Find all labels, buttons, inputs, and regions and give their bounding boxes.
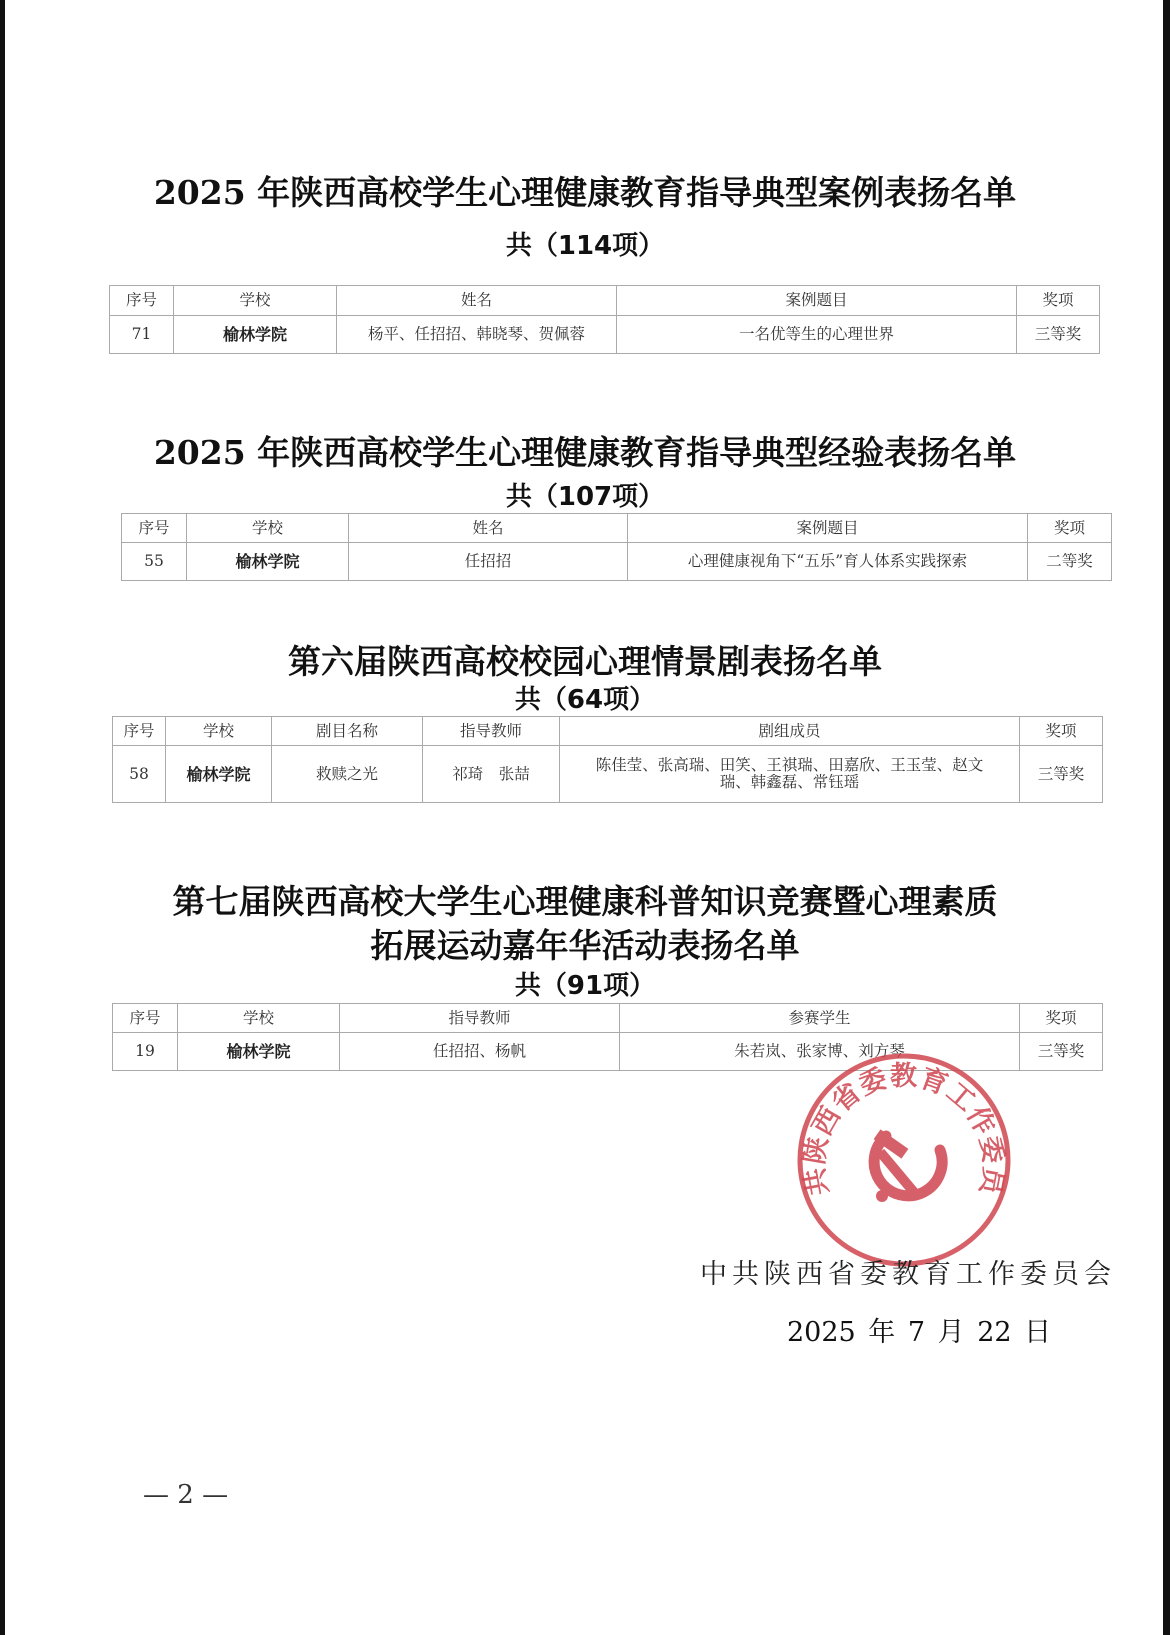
- cell-index: 55: [122, 543, 187, 581]
- cell-award: 三等奖: [1020, 1033, 1103, 1071]
- table-header-row: 序号 学校 指导教师 参赛学生 奖项: [113, 1004, 1103, 1033]
- header-cell: 学校: [166, 717, 272, 746]
- section-4-count: 共（91项）: [0, 965, 1170, 1002]
- cell-case-title: 一名优等生的心理世界: [617, 316, 1017, 354]
- cell-award: 二等奖: [1028, 543, 1112, 581]
- table-header-row: 序号 学校 姓名 案例题目 奖项: [110, 286, 1100, 316]
- cell-play-name: 救赎之光: [272, 746, 423, 803]
- header-cell: 指导教师: [340, 1004, 620, 1033]
- official-seal: 中共陕西省委教育工作委员会: [794, 1050, 1014, 1270]
- cell-school: 榆林学院: [174, 316, 337, 354]
- cell-index: 19: [113, 1033, 178, 1071]
- section-2-count: 共（107项）: [0, 476, 1170, 513]
- header-cell: 指导教师: [423, 717, 560, 746]
- header-cell: 奖项: [1017, 286, 1100, 316]
- table-row: 58 榆林学院 救赎之光 祁琦 张喆 陈佳莹、张高瑞、田笑、王祺瑞、田嘉欣、王玉…: [113, 746, 1103, 803]
- header-cell: 奖项: [1028, 514, 1112, 543]
- cell-cast-members: 陈佳莹、张高瑞、田笑、王祺瑞、田嘉欣、王玉莹、赵文瑞、韩鑫磊、常钰瑶: [560, 746, 1020, 803]
- section-4-title-line-2: 拓展运动嘉年华活动表扬名单: [0, 920, 1170, 967]
- cell-names: 杨平、任招招、韩晓琴、贺佩蓉: [337, 316, 617, 354]
- header-cell: 剧目名称: [272, 717, 423, 746]
- header-cell: 案例题目: [617, 286, 1017, 316]
- header-cell: 序号: [113, 717, 166, 746]
- section-3-count: 共（64项）: [0, 679, 1170, 716]
- section-3-table: 序号 学校 剧目名称 指导教师 剧组成员 奖项 58 榆林学院 救赎之光 祁琦 …: [112, 716, 1103, 803]
- header-cell: 姓名: [337, 286, 617, 316]
- table-row: 55 榆林学院 任招招 心理健康视角下“五乐”育人体系实践探索 二等奖: [122, 543, 1112, 581]
- header-cell: 奖项: [1020, 1004, 1103, 1033]
- cell-school: 榆林学院: [166, 746, 272, 803]
- header-cell: 参赛学生: [620, 1004, 1020, 1033]
- cell-school: 榆林学院: [187, 543, 349, 581]
- cell-award: 三等奖: [1017, 316, 1100, 354]
- signing-organization: 中共陕西省委教育工作委员会: [700, 1252, 1116, 1291]
- cell-instructors: 祁琦 张喆: [423, 746, 560, 803]
- header-cell: 剧组成员: [560, 717, 1020, 746]
- header-cell: 序号: [113, 1004, 178, 1033]
- page-number: — 2 —: [143, 1480, 228, 1510]
- header-cell: 序号: [110, 286, 174, 316]
- header-cell: 奖项: [1020, 717, 1103, 746]
- section-2-title: 2025 年陕西高校学生心理健康教育指导典型经验表扬名单: [0, 427, 1170, 474]
- cell-names: 任招招: [349, 543, 628, 581]
- section-2-table: 序号 学校 姓名 案例题目 奖项 55 榆林学院 任招招 心理健康视角下“五乐”…: [121, 513, 1112, 581]
- section-1-table: 序号 学校 姓名 案例题目 奖项 71 榆林学院 杨平、任招招、韩晓琴、贺佩蓉 …: [109, 285, 1100, 354]
- table-header-row: 序号 学校 剧目名称 指导教师 剧组成员 奖项: [113, 717, 1103, 746]
- header-cell: 学校: [178, 1004, 340, 1033]
- cell-school: 榆林学院: [178, 1033, 340, 1071]
- section-1-count: 共（114项）: [0, 225, 1170, 262]
- header-cell: 姓名: [349, 514, 628, 543]
- table-header-row: 序号 学校 姓名 案例题目 奖项: [122, 514, 1112, 543]
- cell-index: 71: [110, 316, 174, 354]
- signing-date: 2025 年 7 月 22 日: [787, 1310, 1051, 1349]
- header-cell: 学校: [187, 514, 349, 543]
- cell-instructors: 任招招、杨帆: [340, 1033, 620, 1071]
- table-row: 71 榆林学院 杨平、任招招、韩晓琴、贺佩蓉 一名优等生的心理世界 三等奖: [110, 316, 1100, 354]
- cell-case-title: 心理健康视角下“五乐”育人体系实践探索: [628, 543, 1028, 581]
- header-cell: 学校: [174, 286, 337, 316]
- section-1-title: 2025 年陕西高校学生心理健康教育指导典型案例表扬名单: [0, 167, 1170, 214]
- section-3-title: 第六届陕西高校校园心理情景剧表扬名单: [0, 636, 1170, 683]
- header-cell: 序号: [122, 514, 187, 543]
- section-4-title-line-1: 第七届陕西高校大学生心理健康科普知识竞赛暨心理素质: [0, 876, 1170, 923]
- hammer-and-sickle-icon: [874, 1129, 942, 1202]
- header-cell: 案例题目: [628, 514, 1028, 543]
- cell-index: 58: [113, 746, 166, 803]
- cell-award: 三等奖: [1020, 746, 1103, 803]
